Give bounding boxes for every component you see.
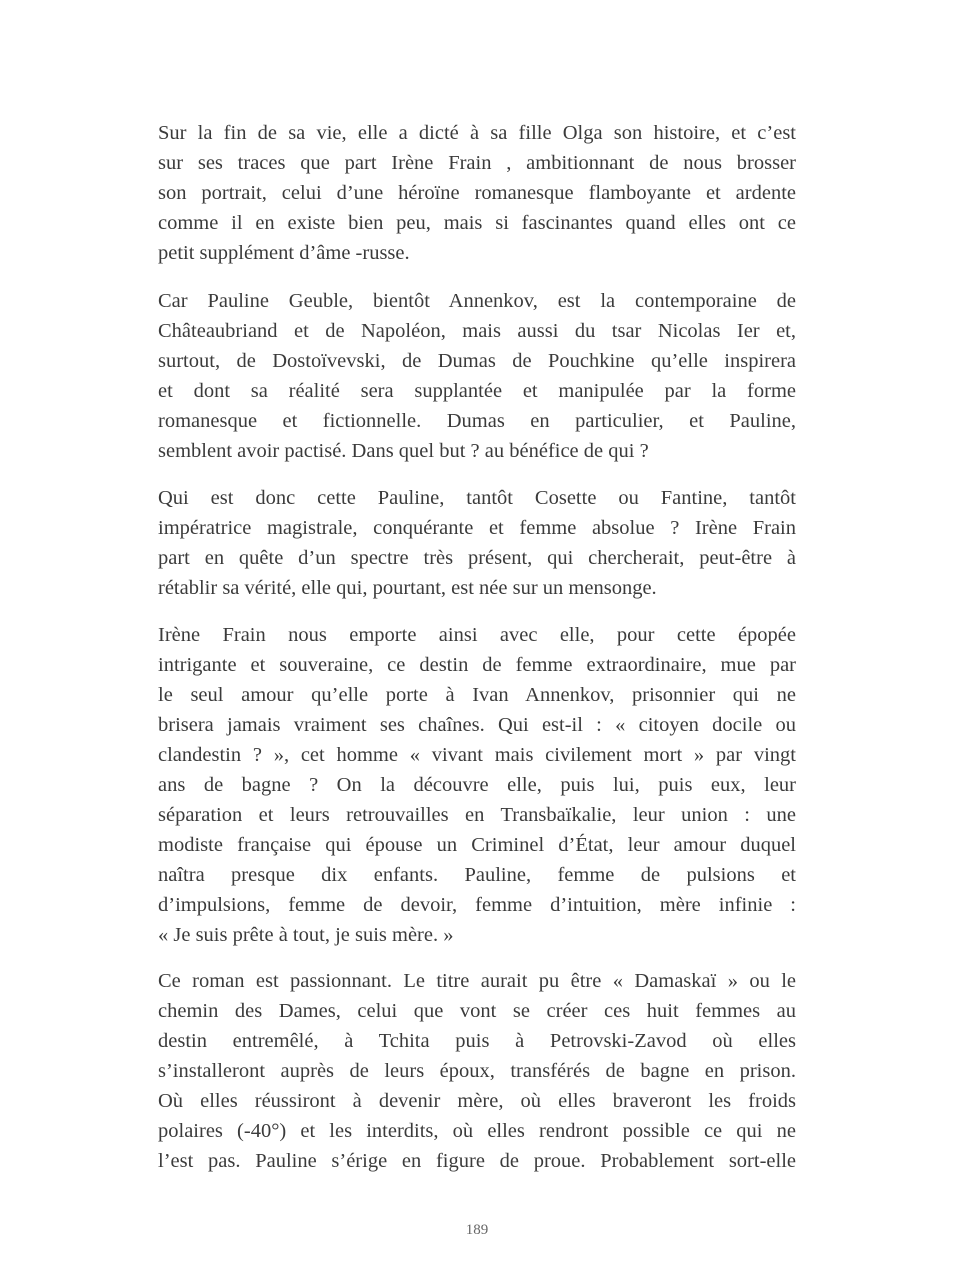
text-line: impératrice magistrale, conquérante et f… [158, 513, 796, 543]
paragraph-2: Car Pauline Geuble, bientôt Annenkov, es… [158, 286, 796, 466]
text-line: naîtra presque dix enfants. Pauline, fem… [158, 860, 796, 890]
text-line: s’installeront auprès de leurs époux, tr… [158, 1056, 796, 1086]
text-line: part en quête d’un spectre très présent,… [158, 543, 796, 573]
text-line: « Je suis prête à tout, je suis mère. » [158, 920, 796, 950]
text-line: Châteaubriand et de Napoléon, mais aussi… [158, 316, 796, 346]
text-line: clandestin ? », cet homme « vivant mais … [158, 740, 796, 770]
text-line: comme il en existe bien peu, mais si fas… [158, 208, 796, 238]
text-line: polaires (-40°) et les interdits, où ell… [158, 1116, 796, 1146]
text-line: modiste française qui épouse un Criminel… [158, 830, 796, 860]
text-line: son portrait, celui d’une héroïne romane… [158, 178, 796, 208]
text-line: chemin des Dames, celui que vont se crée… [158, 996, 796, 1026]
text-line: Où elles réussiront à devenir mère, où e… [158, 1086, 796, 1116]
text-line: Sur la fin de sa vie, elle a dicté à sa … [158, 118, 796, 148]
text-line: séparation et leurs retrouvailles en Tra… [158, 800, 796, 830]
text-line: ans de bagne ? On la découvre elle, puis… [158, 770, 796, 800]
text-line: intrigante et souveraine, ce destin de f… [158, 650, 796, 680]
text-line: romanesque et fictionnelle. Dumas en par… [158, 406, 796, 436]
paragraph-1: Sur la fin de sa vie, elle a dicté à sa … [158, 118, 796, 268]
text-line: d’impulsions, femme de devoir, femme d’i… [158, 890, 796, 920]
text-line: surtout, de Dostoïvevski, de Dumas de Po… [158, 346, 796, 376]
text-line: rétablir sa vérité, elle qui, pourtant, … [158, 573, 796, 603]
text-line: destin entremêlé, à Tchita puis à Petrov… [158, 1026, 796, 1056]
text-line: le seul amour qu’elle porte à Ivan Annen… [158, 680, 796, 710]
text-line: Ce roman est passionnant. Le titre aurai… [158, 966, 796, 996]
paragraph-3: Qui est donc cette Pauline, tantôt Coset… [158, 483, 796, 603]
text-line: sur ses traces que part Irène Frain , am… [158, 148, 796, 178]
text-line: Qui est donc cette Pauline, tantôt Coset… [158, 483, 796, 513]
paragraph-5: Ce roman est passionnant. Le titre aurai… [158, 966, 796, 1176]
page-number: 189 [0, 1222, 954, 1239]
text-line: et dont sa réalité sera supplantée et ma… [158, 376, 796, 406]
paragraph-4: Irène Frain nous emporte ainsi avec elle… [158, 620, 796, 950]
text-line: petit supplément d’âme -russe. [158, 238, 796, 268]
text-line: l’est pas. Pauline s’érige en figure de … [158, 1146, 796, 1176]
text-line: Irène Frain nous emporte ainsi avec elle… [158, 620, 796, 650]
document-page: Sur la fin de sa vie, elle a dicté à sa … [0, 0, 954, 1276]
text-line: Car Pauline Geuble, bientôt Annenkov, es… [158, 286, 796, 316]
text-line: semblent avoir pactisé. Dans quel but ? … [158, 436, 796, 466]
text-line: brisera jamais vraiment ses chaînes. Qui… [158, 710, 796, 740]
